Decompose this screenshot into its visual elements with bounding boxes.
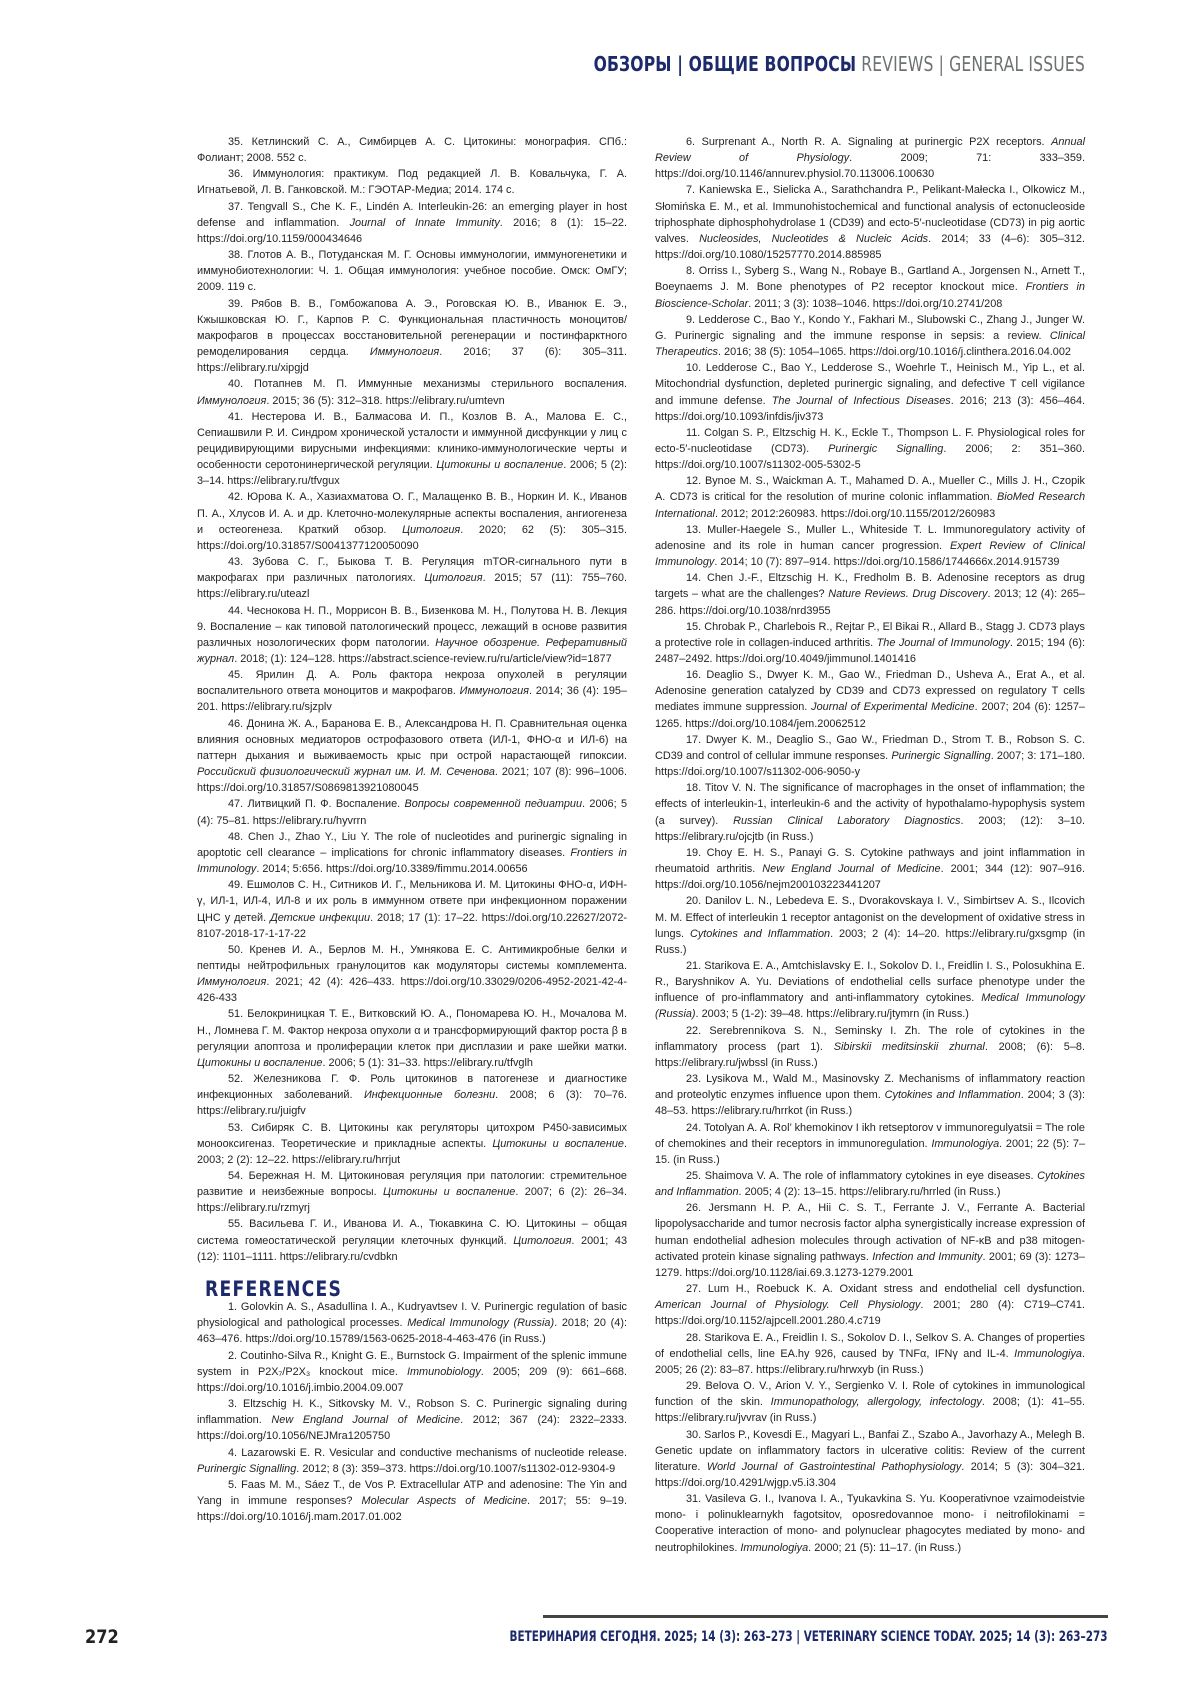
journal-title: Purinergic Signalling <box>828 443 943 455</box>
journal-title: Cytokines and Inflammation <box>885 1089 1021 1101</box>
reference-item: 49. Ешмолов С. Н., Ситников И. Г., Мельн… <box>197 877 627 942</box>
reference-details: . 2012; 8 (3): 359–373. https://doi.org/… <box>296 1463 615 1475</box>
reference-item: 3. Eltzschig H. K., Sitkovsky M. V., Rob… <box>197 1396 627 1444</box>
reference-item: 43. Зубова С. Г., Быкова Т. В. Регуляция… <box>197 554 627 602</box>
reference-item: 22. Serebrennikova S. N., Seminsky I. Zh… <box>655 1023 1085 1071</box>
reference-item: 38. Глотов А. В., Потуданская М. Г. Осно… <box>197 247 627 295</box>
reference-item: 4. Lazarowski E. R. Vesicular and conduc… <box>197 1445 627 1477</box>
journal-title: Sibirskii meditsinskii zhurnal <box>834 1041 985 1053</box>
reference-item: 51. Белокриницкая Т. Е., Витковский Ю. А… <box>197 1006 627 1071</box>
reference-item: 5. Faas M. M., Sáez T., de Vos P. Extrac… <box>197 1477 627 1525</box>
journal-title: New England Journal of Medicine <box>762 863 940 875</box>
reference-item: 9. Ledderose C., Bao Y., Kondo Y., Fakha… <box>655 312 1085 360</box>
reference-item: 29. Belova O. V., Arion V. Y., Sergienko… <box>655 1378 1085 1426</box>
journal-title: Immunologiya <box>1014 1348 1082 1360</box>
journal-title: Цитология <box>402 524 460 536</box>
reference-text: 47. Литвицкий П. Ф. Воспаление. <box>228 798 405 810</box>
reference-item: 8. Orriss I., Syberg S., Wang N., Robaye… <box>655 263 1085 311</box>
page-number: 272 <box>85 1626 119 1648</box>
reference-item: 14. Chen J.-F., Eltzschig H. K., Fredhol… <box>655 570 1085 618</box>
reference-item: 52. Железникова Г. Ф. Роль цитокинов в п… <box>197 1071 627 1119</box>
reference-item: 37. Tengvall S., Che K. F., Lindén A. In… <box>197 199 627 247</box>
reference-item: 41. Нестерова И. В., Балмасова И. П., Ко… <box>197 409 627 490</box>
reference-item: 35. Кетлинский С. А., Симбирцев А. С. Ци… <box>197 134 627 166</box>
reference-item: 44. Чеснокова Н. П., Моррисон В. В., Биз… <box>197 603 627 668</box>
reference-item: 48. Chen J., Zhao Y., Liu Y. The role of… <box>197 829 627 877</box>
journal-title: American Journal of Physiology. Cell Phy… <box>655 1299 920 1311</box>
reference-text: 40. Потапнев М. П. Иммунные механизмы ст… <box>228 378 627 390</box>
journal-title: The Journal of Immunology <box>877 637 1010 649</box>
reference-item: 31. Vasileva G. I., Ivanova I. A., Tyuka… <box>655 1491 1085 1556</box>
reference-item: 54. Бережная Н. М. Цитокиновая регуляция… <box>197 1168 627 1216</box>
journal-title: Цитокины и воспаление <box>197 1057 322 1069</box>
journal-title: Цитология <box>513 1235 571 1247</box>
journal-title: Journal of Innate Immunity <box>350 217 500 229</box>
reference-item: 30. Sarlos P., Kovesdi E., Magyari L., B… <box>655 1427 1085 1492</box>
reference-item: 2. Coutinho-Silva R., Knight G. E., Burn… <box>197 1348 627 1396</box>
journal-title: Российский физиологический журнал им. И.… <box>197 766 495 778</box>
reference-item: 25. Shaimova V. A. The role of inflammat… <box>655 1168 1085 1200</box>
header-section-en: REVIEWS | GENERAL ISSUES <box>861 52 1085 76</box>
reference-item: 12. Bynoe M. S., Waickman A. T., Mahamed… <box>655 473 1085 521</box>
journal-title: Инфекционные болезни <box>364 1089 495 1101</box>
reference-item: 24. Totolyan A. A. Rol’ khemokinov I ikh… <box>655 1120 1085 1168</box>
journal-title: Иммунология <box>460 685 529 697</box>
journal-title: The Journal of Infectious Diseases <box>772 395 951 407</box>
reference-details: . 2014; 10 (7): 897–914. https://doi.org… <box>714 556 1059 568</box>
reference-details: . 2015; 36 (5): 312–318. https://elibrar… <box>266 395 504 407</box>
reference-item: 23. Lysikova M., Wald M., Masinovsky Z. … <box>655 1071 1085 1119</box>
journal-title: Nucleosides, Nucleotides & Nucleic Acids <box>699 233 928 245</box>
reference-details: . 2006; 5 (1): 31–33. https://elibrary.r… <box>322 1057 532 1069</box>
reference-text: 48. Chen J., Zhao Y., Liu Y. The role of… <box>197 831 627 859</box>
reference-item: 21. Starikova E. A., Amtchislavsky E. I.… <box>655 958 1085 1023</box>
reference-text: 27. Lum H., Roebuck K. A. Oxidant stress… <box>686 1283 1085 1295</box>
reference-details: . 2016; 38 (5): 1054–1065. https://doi.o… <box>718 346 1071 358</box>
reference-details: . 2012; 2012:260983. https://doi.org/10.… <box>715 508 995 520</box>
journal-title: Nature Reviews. Drug Discovery <box>828 588 987 600</box>
journal-title: Molecular Aspects of Medicine <box>362 1495 528 1507</box>
left-column: 35. Кетлинский С. А., Симбирцев А. С. Ци… <box>197 134 627 1525</box>
reference-item: 28. Starikova E. A., Freidlin I. S., Sok… <box>655 1330 1085 1378</box>
reference-details: . 2011; 3 (3): 1038–1046. https://doi.or… <box>748 298 1002 310</box>
references-list-en-continued: 6. Surprenant A., North R. A. Signaling … <box>655 134 1085 1556</box>
reference-item: 19. Choy E. H. S., Panayi G. S. Cytokine… <box>655 845 1085 893</box>
reference-item: 13. Muller-Haegele S., Muller L., Whites… <box>655 522 1085 570</box>
reference-details: . 2018; (1): 124–128. https://abstract.s… <box>234 653 611 665</box>
reference-details: . 2005; 4 (2): 13–15. https://elibrary.r… <box>739 1186 1001 1198</box>
reference-details: . 2000; 21 (5): 11–17. (in Russ.) <box>808 1542 961 1554</box>
reference-item: 55. Васильева Г. И., Иванова И. А., Тюка… <box>197 1216 627 1264</box>
reference-text: 38. Глотов А. В., Потуданская М. Г. Осно… <box>197 249 627 293</box>
reference-item: 26. Jersmann H. P. A., Hii C. S. T., Fer… <box>655 1200 1085 1281</box>
reference-text: 36. Иммунология: практикум. Под редакцие… <box>197 168 627 196</box>
reference-text: 25. Shaimova V. A. The role of inflammat… <box>686 1170 1037 1182</box>
reference-text: 51. Белокриницкая Т. Е., Витковский Ю. А… <box>197 1008 627 1052</box>
journal-title: Immunobiology <box>407 1366 481 1378</box>
reference-text: 8. Orriss I., Syberg S., Wang N., Robaye… <box>655 265 1085 293</box>
reference-text: 35. Кетлинский С. А., Симбирцев А. С. Ци… <box>197 136 627 164</box>
reference-item: 27. Lum H., Roebuck K. A. Oxidant stress… <box>655 1281 1085 1329</box>
journal-title: Цитология <box>424 572 482 584</box>
journal-title: New England Journal of Medicine <box>271 1414 460 1426</box>
journal-title: Cytokines and Inflammation <box>690 928 830 940</box>
journal-title: Medical Immunology (Russia) <box>407 1317 554 1329</box>
running-header: ОБЗОРЫ | ОБЩИЕ ВОПРОСЫ REVIEWS | GENERAL… <box>594 52 1085 76</box>
references-list-en: 1. Golovkin A. S., Asadullina I. A., Kud… <box>197 1299 627 1525</box>
journal-title: Цитокины и воспаление <box>436 459 563 471</box>
reference-item: 16. Deaglio S., Dwyer K. M., Gao W., Fri… <box>655 667 1085 732</box>
reference-item: 46. Донина Ж. А., Баранова Е. В., Алекса… <box>197 716 627 797</box>
reference-item: 47. Литвицкий П. Ф. Воспаление. Вопросы … <box>197 796 627 828</box>
journal-title: Вопросы современной педиатрии <box>405 798 583 810</box>
journal-title: Цитокины и воспаление <box>383 1186 515 1198</box>
journal-title: Immunologiya <box>931 1138 999 1150</box>
reference-item: 20. Danilov L. N., Lebedeva E. S., Dvora… <box>655 893 1085 958</box>
reference-item: 50. Кренев И. А., Берлов М. Н., Умнякова… <box>197 942 627 1007</box>
reference-item: 42. Юрова К. А., Хазиахматова О. Г., Мал… <box>197 489 627 554</box>
journal-title: Иммунология <box>197 976 266 988</box>
reference-item: 17. Dwyer K. M., Deaglio S., Gao W., Fri… <box>655 732 1085 780</box>
journal-title: World Journal of Gastrointestinal Pathop… <box>707 1461 961 1473</box>
journal-title: Цитокины и воспаление <box>492 1138 624 1150</box>
reference-text: 50. Кренев И. А., Берлов М. Н., Умнякова… <box>197 944 627 972</box>
reference-item: 39. Рябов В. В., Гомбожапова А. Э., Рого… <box>197 296 627 377</box>
reference-item: 53. Сибиряк С. В. Цитокины как регулятор… <box>197 1120 627 1168</box>
journal-title: Детские инфекции <box>270 912 370 924</box>
journal-title: Immunopathology, allergology, infectolog… <box>771 1396 982 1408</box>
journal-title: Иммунология <box>197 395 266 407</box>
journal-title: Journal of Experimental Medicine <box>811 701 974 713</box>
reference-text: 4. Lazarowski E. R. Vesicular and conduc… <box>228 1447 627 1459</box>
footer-citation: ВЕТЕРИНАРИЯ СЕГОДНЯ. 2025; 14 (3): 263–2… <box>510 1629 1108 1645</box>
reference-item: 10. Ledderose C., Bao Y., Ledderose S., … <box>655 360 1085 425</box>
reference-text: 9. Ledderose C., Bao Y., Kondo Y., Fakha… <box>655 314 1085 342</box>
journal-title: Infection and Immunity <box>872 1251 982 1263</box>
reference-item: 15. Chrobak P., Charlebois R., Rejtar P.… <box>655 619 1085 667</box>
reference-item: 36. Иммунология: практикум. Под редакцие… <box>197 166 627 198</box>
journal-title: Russian Clinical Laboratory Diagnostics <box>733 815 960 827</box>
reference-item: 45. Ярилин Д. А. Роль фактора некроза оп… <box>197 667 627 715</box>
references-list-ru: 35. Кетлинский С. А., Симбирцев А. С. Ци… <box>197 134 627 1265</box>
reference-text: 6. Surprenant A., North R. A. Signaling … <box>686 136 1051 148</box>
reference-details: . 2014; 5:656. https://doi.org/10.3389/f… <box>256 863 527 875</box>
journal-title: Immunologiya <box>740 1542 808 1554</box>
journal-title: Purinergic Signalling <box>197 1463 296 1475</box>
reference-item: 11. Colgan S. P., Eltzschig H. K., Eckle… <box>655 425 1085 473</box>
right-column: 6. Surprenant A., North R. A. Signaling … <box>655 134 1085 1556</box>
reference-item: 6. Surprenant A., North R. A. Signaling … <box>655 134 1085 182</box>
reference-details: . 2003; 5 (1-2): 39–48. https://elibrary… <box>696 1008 969 1020</box>
journal-title: Purinergic Signalling <box>891 750 990 762</box>
reference-item: 7. Kaniewska E., Sielicka A., Sarathchan… <box>655 182 1085 263</box>
reference-text: 46. Донина Ж. А., Баранова Е. В., Алекса… <box>197 718 627 762</box>
reference-item: 18. Titov V. N. The significance of macr… <box>655 780 1085 845</box>
header-section-ru: ОБЗОРЫ | ОБЩИЕ ВОПРОСЫ <box>594 52 857 76</box>
reference-item: 40. Потапнев М. П. Иммунные механизмы ст… <box>197 376 627 408</box>
references-heading: REFERENCES <box>205 1281 551 1297</box>
reference-item: 1. Golovkin A. S., Asadullina I. A., Kud… <box>197 1299 627 1347</box>
footer-rule <box>543 1615 1108 1618</box>
journal-title: Иммунология <box>370 346 439 358</box>
